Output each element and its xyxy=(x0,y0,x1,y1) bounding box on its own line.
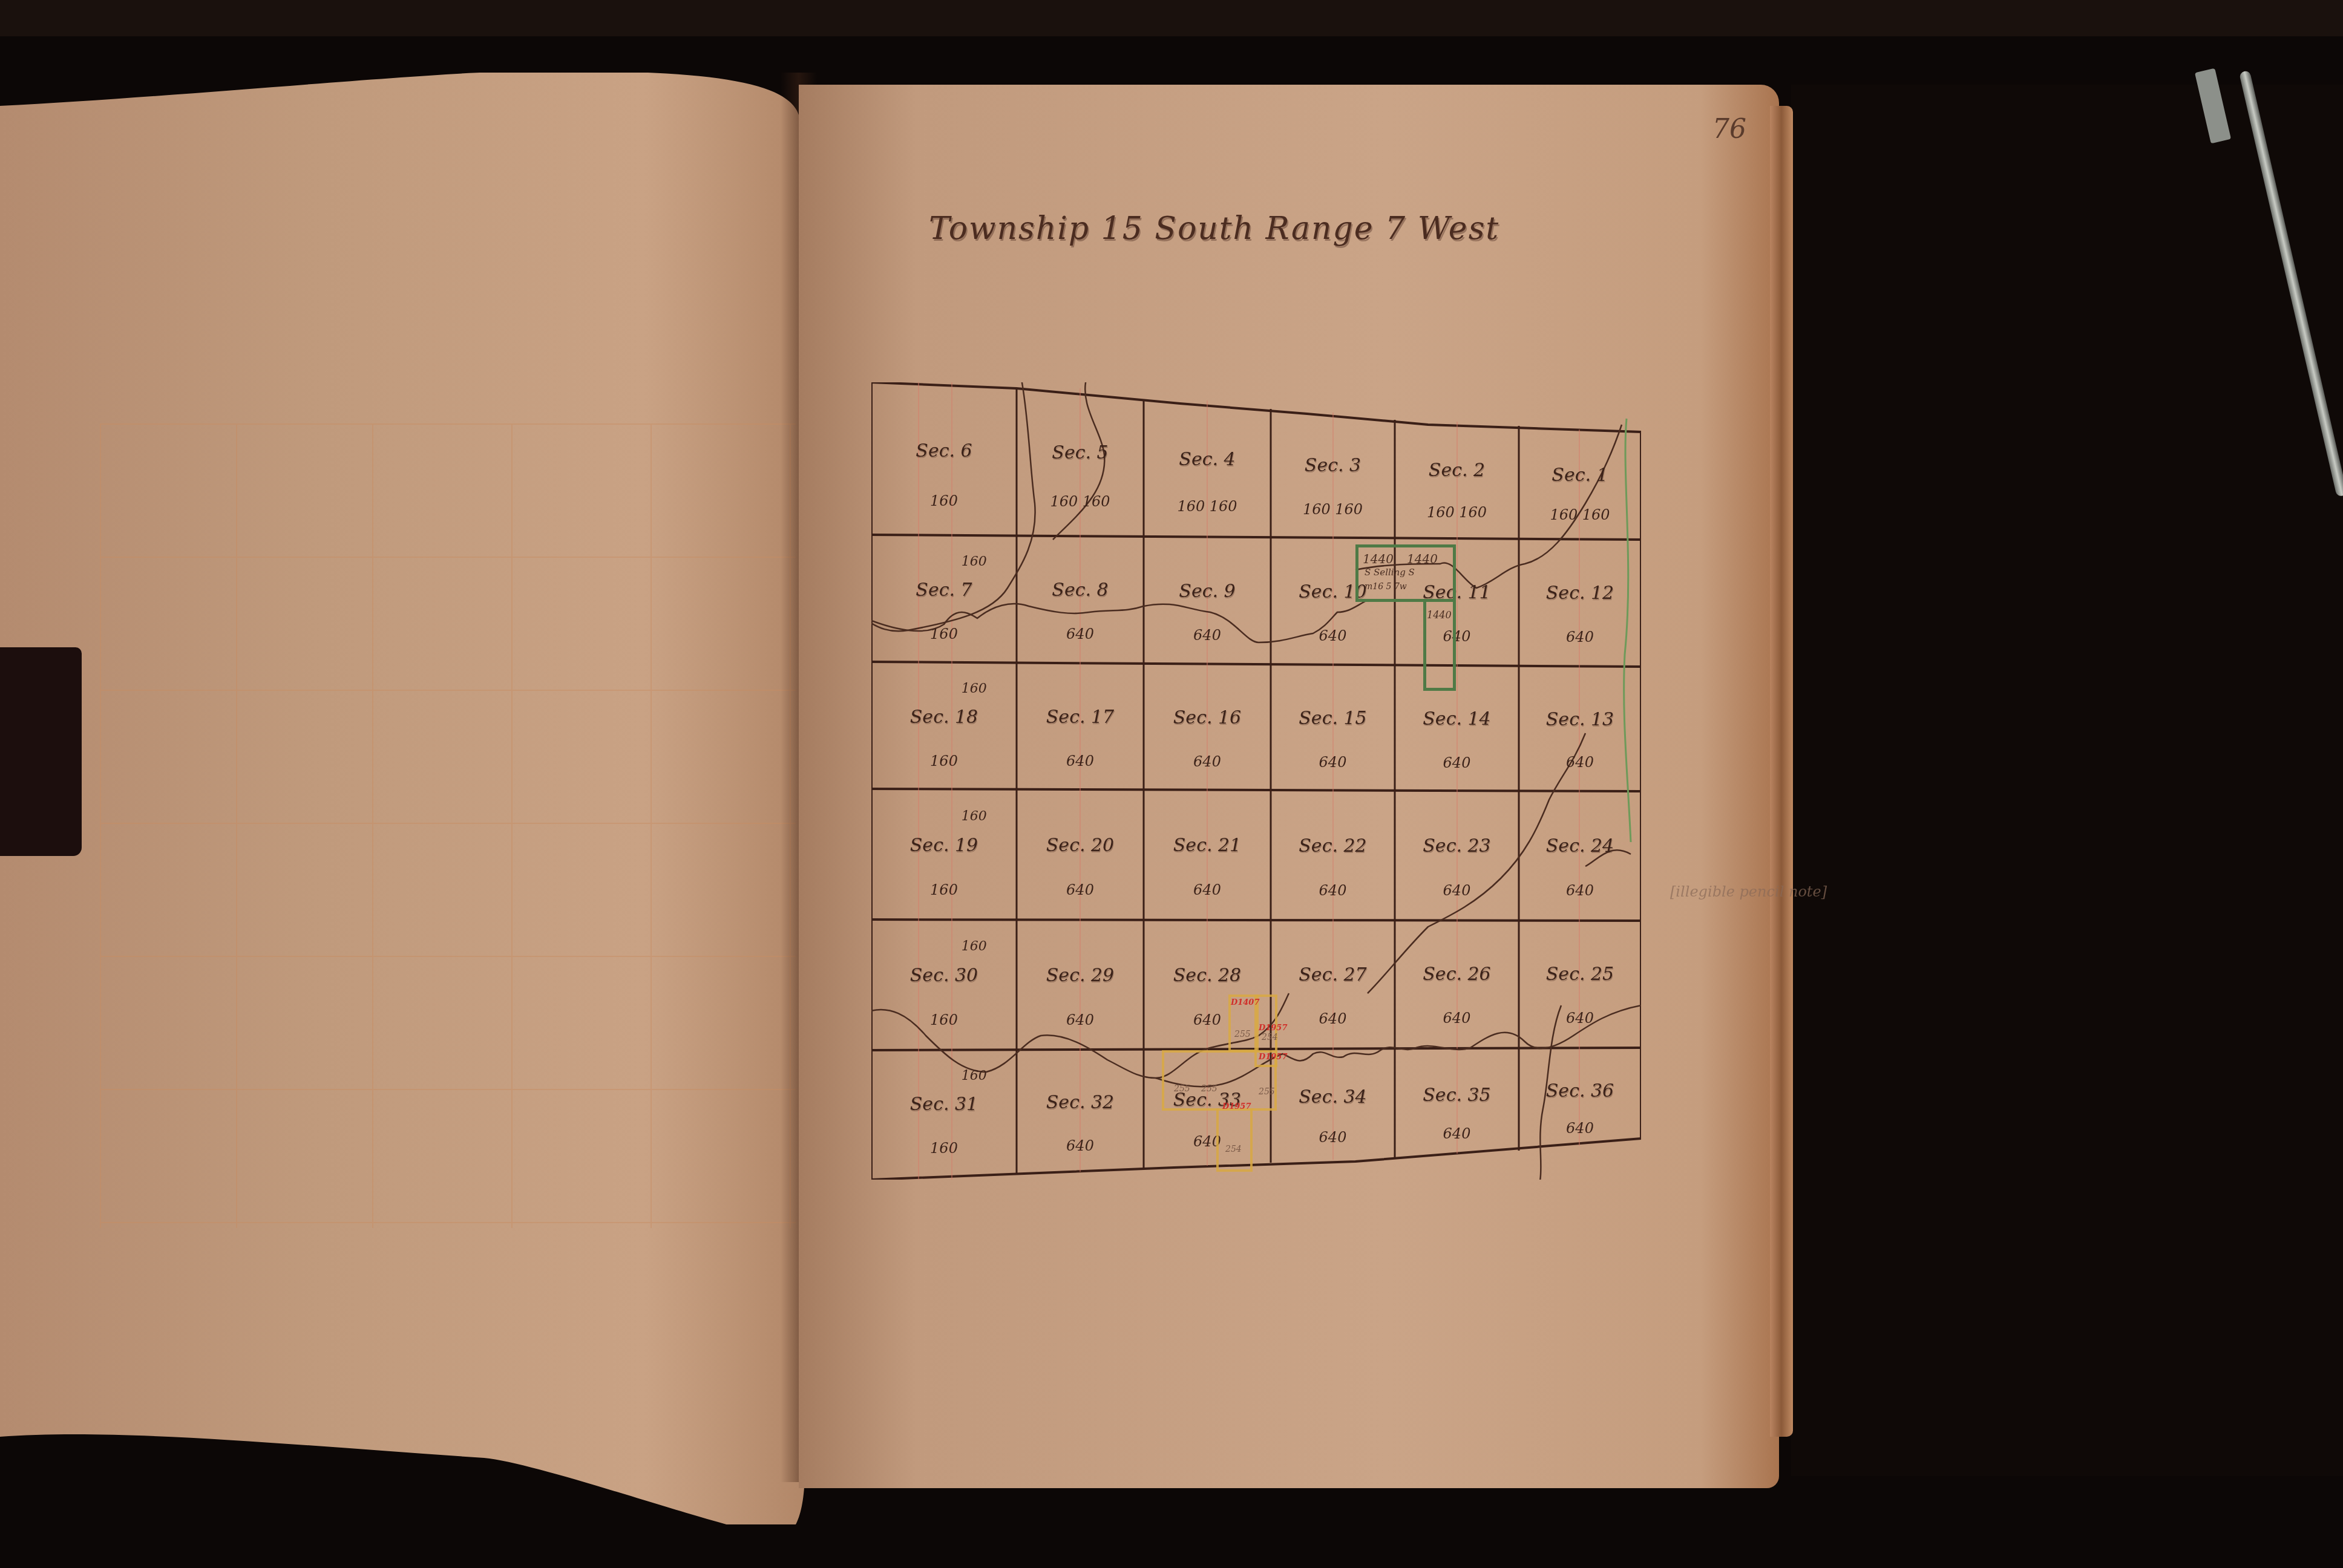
section-acreage: 640 xyxy=(1066,626,1094,642)
section-label: Sec. 14 xyxy=(1423,708,1490,730)
section-label: Sec. 15 xyxy=(1299,708,1366,729)
section-acreage: 640 xyxy=(1319,1129,1347,1146)
section-acreage: 640 xyxy=(1193,881,1221,898)
section-label: Sec. 16 xyxy=(1173,707,1241,728)
claim-id-red: D1957 xyxy=(1259,1024,1287,1033)
claim-name: S Selling S xyxy=(1365,567,1415,578)
section-7[interactable]: 160 Sec. 7 160 xyxy=(871,537,1017,664)
section-label: Sec. 36 xyxy=(1546,1080,1614,1102)
section-acreage: 640 xyxy=(1566,1120,1594,1137)
section-acreage: 160 xyxy=(930,881,958,898)
section-acreage: 160 160 xyxy=(1177,498,1237,515)
claim-id-red: D1407 xyxy=(1231,998,1259,1007)
section-20[interactable]: Sec. 20 640 xyxy=(1017,791,1144,920)
section-3[interactable]: Sec. 3 160 160 xyxy=(1271,411,1395,540)
section-27[interactable]: Sec. 27 640 xyxy=(1271,921,1395,1049)
section-9[interactable]: Sec. 9 640 xyxy=(1144,538,1271,665)
claim-subline: m16 5 7w xyxy=(1365,582,1407,592)
section-label: Sec. 5 xyxy=(1052,442,1108,463)
section-label: Sec. 3 xyxy=(1305,455,1361,476)
book-cover-right xyxy=(1791,85,2343,1476)
section-acreage: 160 160 xyxy=(1050,493,1110,510)
section-acreage: 640 xyxy=(1566,754,1594,771)
section-label: Sec. 4 xyxy=(1179,448,1235,469)
section-acreage: 160 xyxy=(930,626,958,642)
section-acreage-top: 160 xyxy=(962,809,987,824)
margin-note: [illegible pencil note] xyxy=(1670,883,1827,900)
section-label: Sec. 31 xyxy=(910,1094,978,1115)
section-label: Sec. 21 xyxy=(1173,834,1241,855)
left-page-faint-ledger xyxy=(100,423,796,1228)
section-16[interactable]: Sec. 16 640 xyxy=(1144,664,1271,791)
section-label: Sec. 29 xyxy=(1046,964,1114,985)
section-acreage: 640 xyxy=(1319,882,1347,899)
claim-number: 1440 xyxy=(1407,552,1438,566)
section-1[interactable]: Sec. 1 160 160 xyxy=(1519,428,1641,540)
claim-id-red: D1957 xyxy=(1259,1053,1287,1062)
section-label: Sec. 30 xyxy=(910,964,978,985)
section-acreage: 640 xyxy=(1443,882,1471,899)
section-acreage: 160 160 xyxy=(1303,501,1363,518)
section-label: Sec. 22 xyxy=(1299,835,1366,856)
section-label: Sec. 12 xyxy=(1546,583,1614,604)
section-6[interactable]: Sec. 6 160 xyxy=(871,388,1017,537)
section-14[interactable]: Sec. 14 640 xyxy=(1395,665,1519,792)
section-32[interactable]: Sec. 32 640 xyxy=(1017,1050,1144,1174)
section-19[interactable]: 160 Sec. 19 160 xyxy=(871,791,1017,920)
section-acreage: 640 xyxy=(1066,753,1094,769)
claim-acreage-note: 255 xyxy=(1234,1030,1251,1039)
section-26[interactable]: Sec. 26 640 xyxy=(1395,921,1519,1048)
section-label: Sec. 20 xyxy=(1046,834,1114,855)
section-acreage: 640 xyxy=(1066,1011,1094,1028)
section-acreage: 160 xyxy=(930,753,958,769)
section-acreage: 640 xyxy=(1443,1125,1471,1142)
section-label: Sec. 17 xyxy=(1046,707,1114,728)
section-18[interactable]: 160 Sec. 18 160 xyxy=(871,664,1017,791)
section-acreage-top: 160 xyxy=(962,939,987,954)
section-label: Sec. 34 xyxy=(1299,1086,1366,1107)
section-label: Sec. 7 xyxy=(916,580,972,601)
section-label: Sec. 25 xyxy=(1546,964,1614,985)
section-25[interactable]: Sec. 25 640 xyxy=(1519,921,1641,1048)
section-13[interactable]: Sec. 13 640 xyxy=(1519,667,1641,791)
plat-title: Township 15 South Range 7 West xyxy=(929,211,1499,247)
section-36[interactable]: Sec. 36 640 xyxy=(1519,1048,1641,1151)
section-acreage: 640 xyxy=(1319,627,1347,644)
claim-id-red: D1957 xyxy=(1222,1102,1251,1111)
claim-number: 1440 xyxy=(1427,609,1452,621)
claim-acreage-note: 255 xyxy=(1174,1084,1190,1094)
section-acreage: 160 xyxy=(930,1140,958,1157)
section-acreage: 640 xyxy=(1319,1010,1347,1027)
section-22[interactable]: Sec. 22 640 xyxy=(1271,791,1395,921)
section-29[interactable]: Sec. 29 640 xyxy=(1017,921,1144,1050)
claim-acreage-note: 254 xyxy=(1225,1145,1242,1154)
section-acreage-top: 160 xyxy=(962,554,987,569)
section-label: Sec. 24 xyxy=(1546,835,1614,856)
section-label: Sec. 27 xyxy=(1299,964,1366,985)
section-acreage: 640 xyxy=(1066,1137,1094,1154)
section-35[interactable]: Sec. 35 640 xyxy=(1395,1049,1519,1158)
section-acreage: 640 xyxy=(1443,754,1471,771)
section-acreage: 640 xyxy=(1066,881,1094,898)
page-number: 76 xyxy=(1712,114,1746,145)
section-23[interactable]: Sec. 23 640 xyxy=(1395,791,1519,921)
section-30[interactable]: 160 Sec. 30 160 xyxy=(871,921,1017,1050)
section-acreage: 160 xyxy=(930,492,958,509)
section-label: Sec. 23 xyxy=(1423,835,1490,856)
township-plat-grid: Sec. 6 160 Sec. 5 160 160 Sec. 4 160 160… xyxy=(871,382,1641,1180)
section-label: Sec. 26 xyxy=(1423,964,1490,985)
section-acreage: 640 xyxy=(1193,627,1221,644)
section-12[interactable]: Sec. 12 640 xyxy=(1519,540,1641,667)
section-label: Sec. 28 xyxy=(1173,964,1241,985)
section-31[interactable]: 160 Sec. 31 160 xyxy=(871,1050,1017,1178)
section-acreage: 640 xyxy=(1566,882,1594,899)
land-claim-yellow-33-south[interactable] xyxy=(1216,1108,1253,1172)
section-acreage: 640 xyxy=(1566,1010,1594,1027)
section-label: Sec. 6 xyxy=(916,440,972,461)
section-label: Sec. 1 xyxy=(1552,464,1608,485)
section-label: Sec. 13 xyxy=(1546,708,1614,730)
section-acreage-top: 160 xyxy=(962,681,987,696)
section-24[interactable]: Sec. 24 640 xyxy=(1519,791,1641,921)
section-label: Sec. 18 xyxy=(910,707,978,728)
claim-acreage-note: 255 xyxy=(1201,1084,1217,1094)
section-21[interactable]: Sec. 21 640 xyxy=(1144,791,1271,920)
page-edge xyxy=(1770,106,1793,1437)
claim-acreage-note: 255 xyxy=(1259,1087,1275,1097)
claim-number: 1440 xyxy=(1363,552,1394,566)
section-acreage: 640 xyxy=(1443,1010,1471,1027)
section-label: Sec. 9 xyxy=(1179,581,1235,602)
section-label: Sec. 8 xyxy=(1052,580,1108,601)
section-4[interactable]: Sec. 4 160 160 xyxy=(1144,400,1271,540)
section-label: Sec. 32 xyxy=(1046,1092,1114,1113)
section-17[interactable]: Sec. 17 640 xyxy=(1017,664,1144,791)
section-acreage: 640 xyxy=(1193,753,1221,770)
section-label: Sec. 35 xyxy=(1423,1084,1490,1105)
section-acreage: 640 xyxy=(1319,754,1347,771)
section-8[interactable]: Sec. 8 640 xyxy=(1017,537,1144,664)
background-top xyxy=(0,0,2343,36)
section-label: Sec. 19 xyxy=(910,834,978,855)
claim-acreage-note: 254 xyxy=(1262,1033,1278,1042)
section-acreage-top: 160 xyxy=(962,1068,987,1083)
section-acreage: 160 160 xyxy=(1550,506,1610,523)
section-5[interactable]: Sec. 5 160 160 xyxy=(1017,391,1144,537)
section-2[interactable]: Sec. 2 160 160 xyxy=(1395,420,1519,540)
page-weight-clip xyxy=(0,647,82,856)
section-acreage: 160 160 xyxy=(1427,504,1487,521)
section-acreage: 640 xyxy=(1566,629,1594,645)
section-15[interactable]: Sec. 15 640 xyxy=(1271,665,1395,792)
section-34[interactable]: Sec. 34 640 xyxy=(1271,1049,1395,1163)
section-label: Sec. 2 xyxy=(1429,460,1485,481)
section-acreage: 640 xyxy=(1193,1011,1221,1028)
section-acreage: 160 xyxy=(930,1011,958,1028)
